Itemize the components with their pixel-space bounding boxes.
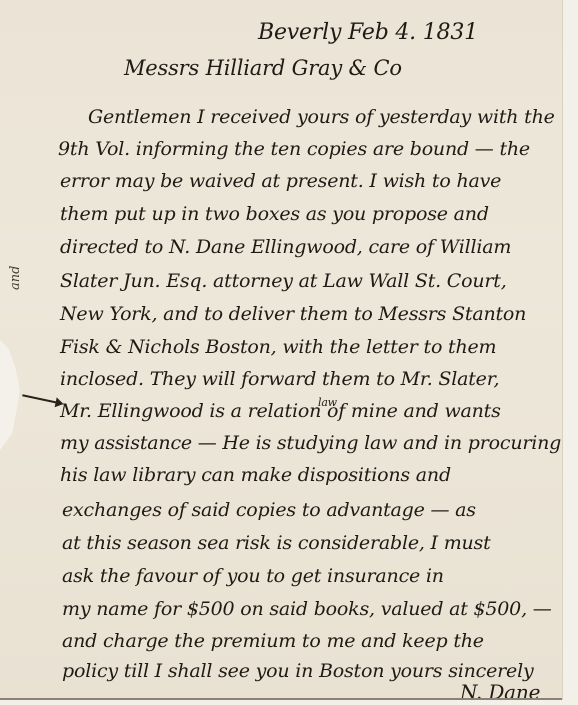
body-line: my name for $500 on said books, valued a…	[62, 598, 552, 620]
body-line: New York, and to deliver them to Messrs …	[60, 303, 526, 325]
body-line: inclosed. They will forward them to Mr. …	[60, 368, 499, 390]
body-line: ask the favour of you to get insurance i…	[62, 565, 444, 587]
body-line: 9th Vol. informing the ten copies are bo…	[58, 138, 530, 160]
dateline: Beverly Feb 4. 1831	[258, 20, 478, 45]
body-line: Fisk & Nichols Boston, with the letter t…	[60, 336, 496, 358]
body-line: and charge the premium to me and keep th…	[62, 630, 484, 652]
body-line: Slater Jun. Esq. attorney at Law Wall St…	[60, 270, 507, 292]
page-bottom-edge	[0, 700, 578, 705]
insertion-arrow-icon	[22, 394, 58, 403]
torn-edge	[0, 340, 22, 450]
body-line: policy till I shall see you in Boston yo…	[62, 660, 533, 682]
body-line: at this season sea risk is considerable,…	[62, 532, 491, 554]
body-line: error may be waived at present. I wish t…	[60, 170, 501, 192]
body-line: Gentlemen I received yours of yesterday …	[88, 106, 555, 128]
addressee: Messrs Hilliard Gray & Co	[124, 56, 402, 80]
body-line: exchanges of said copies to advantage — …	[62, 499, 476, 521]
page-edge	[562, 0, 578, 705]
body-line: them put up in two boxes as you propose …	[60, 203, 489, 225]
body-line: Mr. Ellingwood is a relation of mine and…	[60, 400, 501, 422]
margin-note: and	[8, 266, 23, 290]
body-line: directed to N. Dane Ellingwood, care of …	[60, 236, 511, 258]
body-line: his law library can make dispositions an…	[60, 464, 451, 486]
letter-paper: Beverly Feb 4. 1831 Messrs Hilliard Gray…	[0, 0, 562, 700]
inserted-word: law	[318, 396, 337, 409]
body-line: my assistance — He is studying law and i…	[60, 432, 561, 454]
